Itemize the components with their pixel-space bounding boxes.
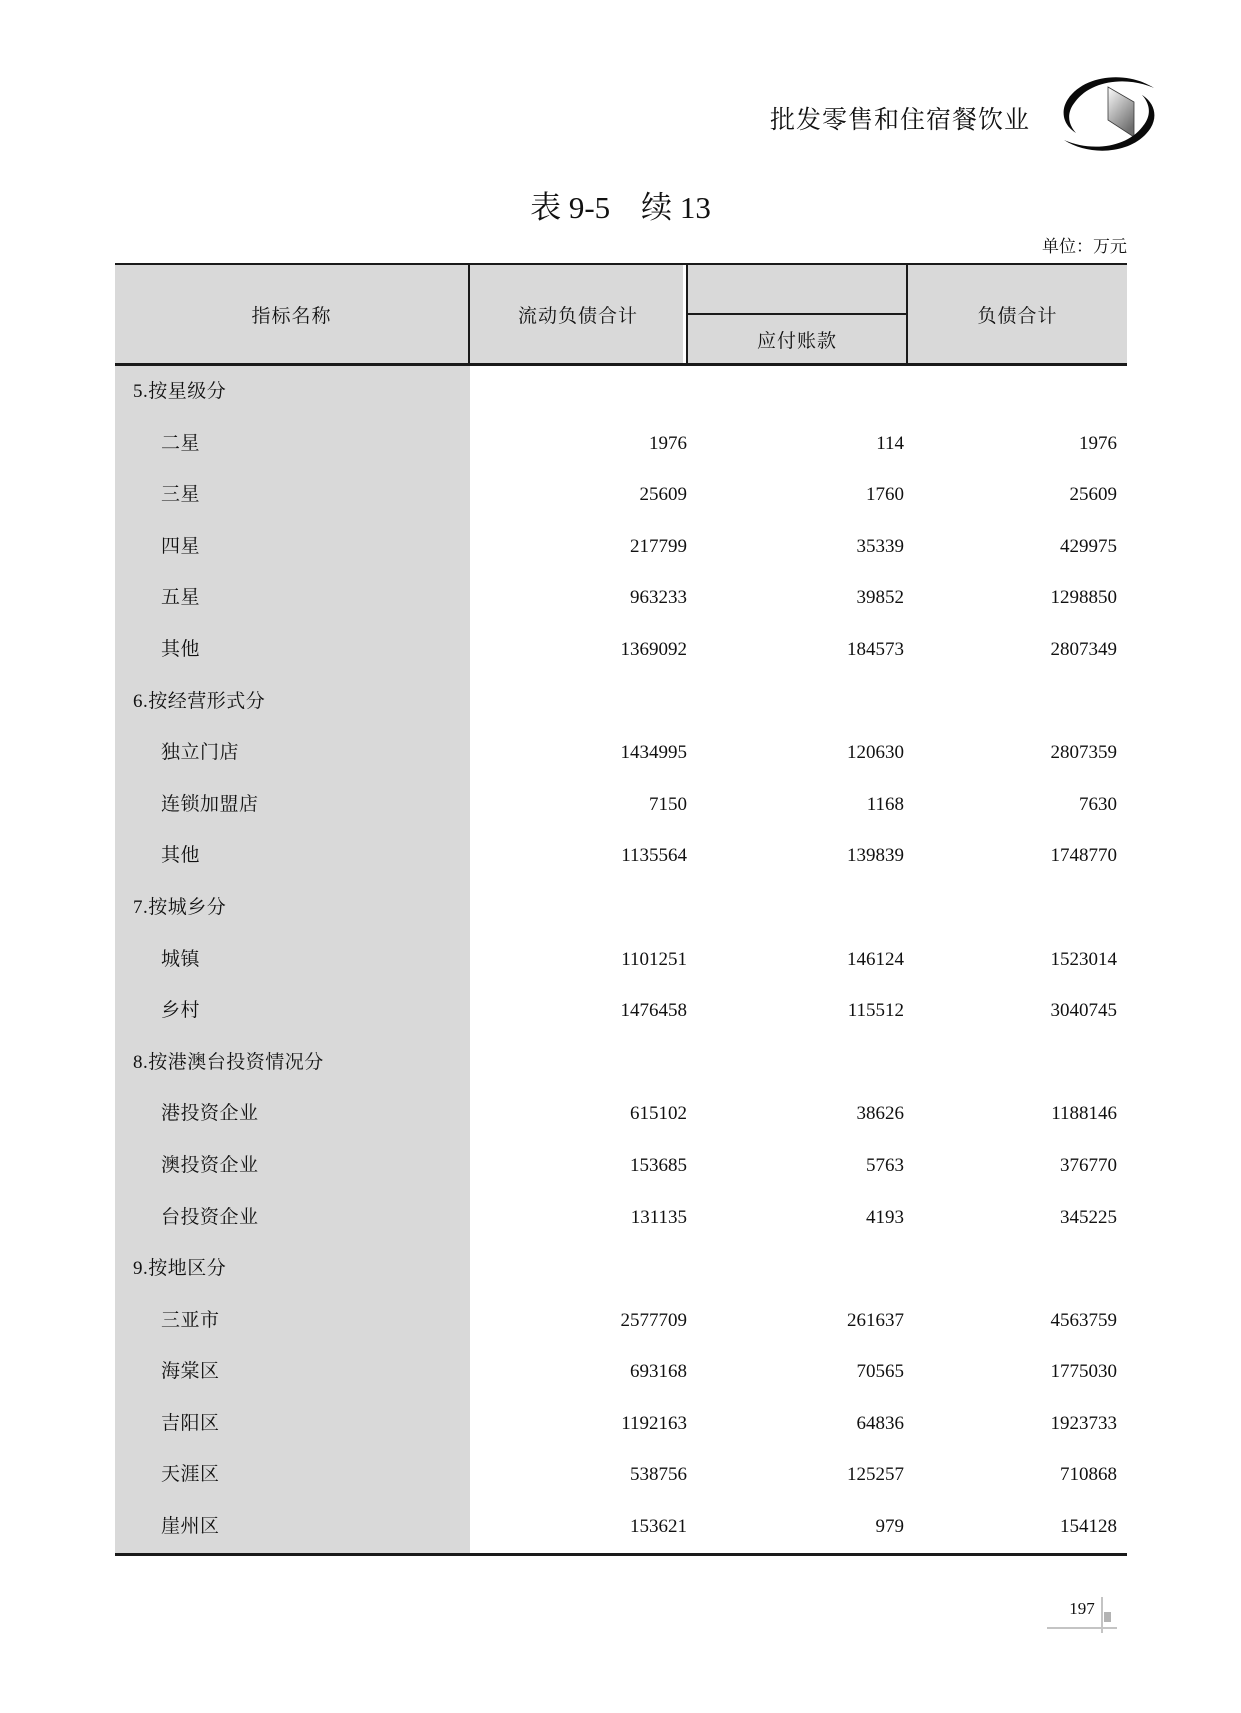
cell-total-liabilities: 1775030 xyxy=(906,1346,1127,1398)
row-item-label: 澳投资企业 xyxy=(115,1140,470,1192)
column-header-accounts-payable: 应付账款 xyxy=(688,315,906,363)
row-item-label: 五星 xyxy=(115,572,470,624)
cell-total-liabilities: 1923733 xyxy=(906,1398,1127,1450)
row-item-label: 乡村 xyxy=(115,985,470,1037)
table-row: 城镇11012511461241523014 xyxy=(115,934,1127,986)
column-header-indicator: 指标名称 xyxy=(115,265,470,363)
table-row: 港投资企业615102386261188146 xyxy=(115,1088,1127,1140)
cell-current-liabilities: 2577709 xyxy=(470,1295,688,1347)
cell-total-liabilities: 4563759 xyxy=(906,1295,1127,1347)
table-row: 三星25609176025609 xyxy=(115,469,1127,521)
row-item-label: 其他 xyxy=(115,830,470,882)
table-row: 连锁加盟店715011687630 xyxy=(115,779,1127,831)
cell-accounts-payable: 70565 xyxy=(688,1346,906,1398)
table-row: 二星19761141976 xyxy=(115,418,1127,470)
row-item-label: 四星 xyxy=(115,521,470,573)
column-header-current-liabilities: 流动负债合计 xyxy=(470,265,688,363)
cell-accounts-payable: 64836 xyxy=(688,1398,906,1450)
cell-accounts-payable: 125257 xyxy=(688,1449,906,1501)
cell-total-liabilities: 25609 xyxy=(906,469,1127,521)
table-row: 其他11355641398391748770 xyxy=(115,830,1127,882)
table-row: 9.按地区分 xyxy=(115,1243,1127,1295)
table-row: 7.按城乡分 xyxy=(115,882,1127,934)
row-section-label: 7.按城乡分 xyxy=(115,882,470,934)
cell-total-liabilities: 2807359 xyxy=(906,727,1127,779)
cell-total-liabilities: 1298850 xyxy=(906,572,1127,624)
row-item-label: 台投资企业 xyxy=(115,1192,470,1244)
footer-square-mark xyxy=(1104,1612,1111,1622)
cell-accounts-payable: 1760 xyxy=(688,469,906,521)
footer-horizontal-rule xyxy=(1047,1627,1117,1629)
cell-accounts-payable: 979 xyxy=(688,1501,906,1553)
cell-current-liabilities: 615102 xyxy=(470,1088,688,1140)
row-item-label: 三亚市 xyxy=(115,1295,470,1347)
table-body: 5.按星级分二星19761141976三星25609176025609四星217… xyxy=(115,366,1127,1556)
row-item-label: 吉阳区 xyxy=(115,1398,470,1450)
cell-accounts-payable xyxy=(688,366,906,418)
row-item-label: 三星 xyxy=(115,469,470,521)
row-item-label: 独立门店 xyxy=(115,727,470,779)
unit-label: 单位：万元 xyxy=(1042,232,1127,257)
cell-current-liabilities: 1135564 xyxy=(470,830,688,882)
cell-accounts-payable xyxy=(688,1243,906,1295)
table-row: 台投资企业1311354193345225 xyxy=(115,1192,1127,1244)
cell-current-liabilities: 153621 xyxy=(470,1501,688,1553)
cell-current-liabilities: 1101251 xyxy=(470,934,688,986)
table-row: 其他13690921845732807349 xyxy=(115,624,1127,676)
cell-accounts-payable: 114 xyxy=(688,418,906,470)
column-header-accounts-payable-group: 应付账款 xyxy=(688,265,908,363)
table-row: 吉阳区1192163648361923733 xyxy=(115,1398,1127,1450)
table-row: 崖州区153621979154128 xyxy=(115,1501,1127,1553)
row-section-label: 9.按地区分 xyxy=(115,1243,470,1295)
cell-total-liabilities: 710868 xyxy=(906,1449,1127,1501)
row-item-label: 海棠区 xyxy=(115,1346,470,1398)
cell-total-liabilities: 1976 xyxy=(906,418,1127,470)
cell-current-liabilities xyxy=(470,676,688,728)
cell-current-liabilities: 131135 xyxy=(470,1192,688,1244)
cell-current-liabilities: 7150 xyxy=(470,779,688,831)
cell-current-liabilities xyxy=(470,1037,688,1089)
cell-accounts-payable xyxy=(688,1037,906,1089)
row-item-label: 崖州区 xyxy=(115,1501,470,1553)
cell-accounts-payable: 261637 xyxy=(688,1295,906,1347)
cell-current-liabilities xyxy=(470,882,688,934)
footer-vertical-rule xyxy=(1101,1597,1103,1633)
table-row: 海棠区693168705651775030 xyxy=(115,1346,1127,1398)
cell-total-liabilities: 2807349 xyxy=(906,624,1127,676)
cell-total-liabilities xyxy=(906,1037,1127,1089)
cell-total-liabilities xyxy=(906,1243,1127,1295)
cell-current-liabilities xyxy=(470,366,688,418)
cell-current-liabilities xyxy=(470,1243,688,1295)
row-item-label: 港投资企业 xyxy=(115,1088,470,1140)
cell-total-liabilities xyxy=(906,366,1127,418)
cell-total-liabilities: 1523014 xyxy=(906,934,1127,986)
cell-current-liabilities: 153685 xyxy=(470,1140,688,1192)
row-item-label: 天涯区 xyxy=(115,1449,470,1501)
table-row: 乡村14764581155123040745 xyxy=(115,985,1127,1037)
cell-accounts-payable: 115512 xyxy=(688,985,906,1037)
cell-total-liabilities: 3040745 xyxy=(906,985,1127,1037)
row-section-label: 8.按港澳台投资情况分 xyxy=(115,1037,470,1089)
cell-current-liabilities: 1976 xyxy=(470,418,688,470)
yearbook-logo-icon xyxy=(1056,74,1162,156)
row-section-label: 6.按经营形式分 xyxy=(115,676,470,728)
table-row: 8.按港澳台投资情况分 xyxy=(115,1037,1127,1089)
statistics-table: 指标名称 流动负债合计 应付账款 负债合计 5.按星级分二星1976114197… xyxy=(115,263,1127,1556)
table-row: 四星21779935339429975 xyxy=(115,521,1127,573)
cell-current-liabilities: 963233 xyxy=(470,572,688,624)
cell-current-liabilities: 538756 xyxy=(470,1449,688,1501)
cell-current-liabilities: 1476458 xyxy=(470,985,688,1037)
cell-accounts-payable: 5763 xyxy=(688,1140,906,1192)
cell-total-liabilities xyxy=(906,676,1127,728)
row-item-label: 城镇 xyxy=(115,934,470,986)
page-title: 表 9-5 续 13 xyxy=(0,182,1241,227)
cell-current-liabilities: 25609 xyxy=(470,469,688,521)
cell-total-liabilities: 429975 xyxy=(906,521,1127,573)
cell-accounts-payable: 1168 xyxy=(688,779,906,831)
cell-accounts-payable: 4193 xyxy=(688,1192,906,1244)
cell-total-liabilities: 376770 xyxy=(906,1140,1127,1192)
cell-current-liabilities: 693168 xyxy=(470,1346,688,1398)
cell-accounts-payable: 38626 xyxy=(688,1088,906,1140)
cell-total-liabilities xyxy=(906,882,1127,934)
table-row: 5.按星级分 xyxy=(115,366,1127,418)
cell-accounts-payable xyxy=(688,676,906,728)
table-row: 三亚市25777092616374563759 xyxy=(115,1295,1127,1347)
column-header-total-liabilities: 负债合计 xyxy=(908,265,1127,363)
document-page: 批发零售和住宿餐饮业 表 9-5 续 13 单位：万元 指标名称 流动负债合计 … xyxy=(0,0,1241,1713)
cell-current-liabilities: 217799 xyxy=(470,521,688,573)
cell-current-liabilities: 1369092 xyxy=(470,624,688,676)
cell-accounts-payable: 39852 xyxy=(688,572,906,624)
table-row: 天涯区538756125257710868 xyxy=(115,1449,1127,1501)
table-row: 独立门店14349951206302807359 xyxy=(115,727,1127,779)
cell-total-liabilities: 154128 xyxy=(906,1501,1127,1553)
cell-accounts-payable: 120630 xyxy=(688,727,906,779)
cell-total-liabilities: 7630 xyxy=(906,779,1127,831)
cell-total-liabilities: 1188146 xyxy=(906,1088,1127,1140)
table-row: 五星963233398521298850 xyxy=(115,572,1127,624)
cell-accounts-payable: 146124 xyxy=(688,934,906,986)
row-item-label: 二星 xyxy=(115,418,470,470)
cell-accounts-payable xyxy=(688,882,906,934)
cell-total-liabilities: 345225 xyxy=(906,1192,1127,1244)
row-item-label: 连锁加盟店 xyxy=(115,779,470,831)
cell-current-liabilities: 1434995 xyxy=(470,727,688,779)
table-row: 澳投资企业1536855763376770 xyxy=(115,1140,1127,1192)
column-header-empty-cell xyxy=(688,265,906,315)
row-section-label: 5.按星级分 xyxy=(115,366,470,418)
cell-total-liabilities: 1748770 xyxy=(906,830,1127,882)
cell-accounts-payable: 184573 xyxy=(688,624,906,676)
table-header: 指标名称 流动负债合计 应付账款 负债合计 xyxy=(115,263,1127,366)
table-row: 6.按经营形式分 xyxy=(115,676,1127,728)
row-item-label: 其他 xyxy=(115,624,470,676)
running-header: 批发零售和住宿餐饮业 xyxy=(770,100,1030,136)
cell-current-liabilities: 1192163 xyxy=(470,1398,688,1450)
cell-accounts-payable: 139839 xyxy=(688,830,906,882)
cell-accounts-payable: 35339 xyxy=(688,521,906,573)
